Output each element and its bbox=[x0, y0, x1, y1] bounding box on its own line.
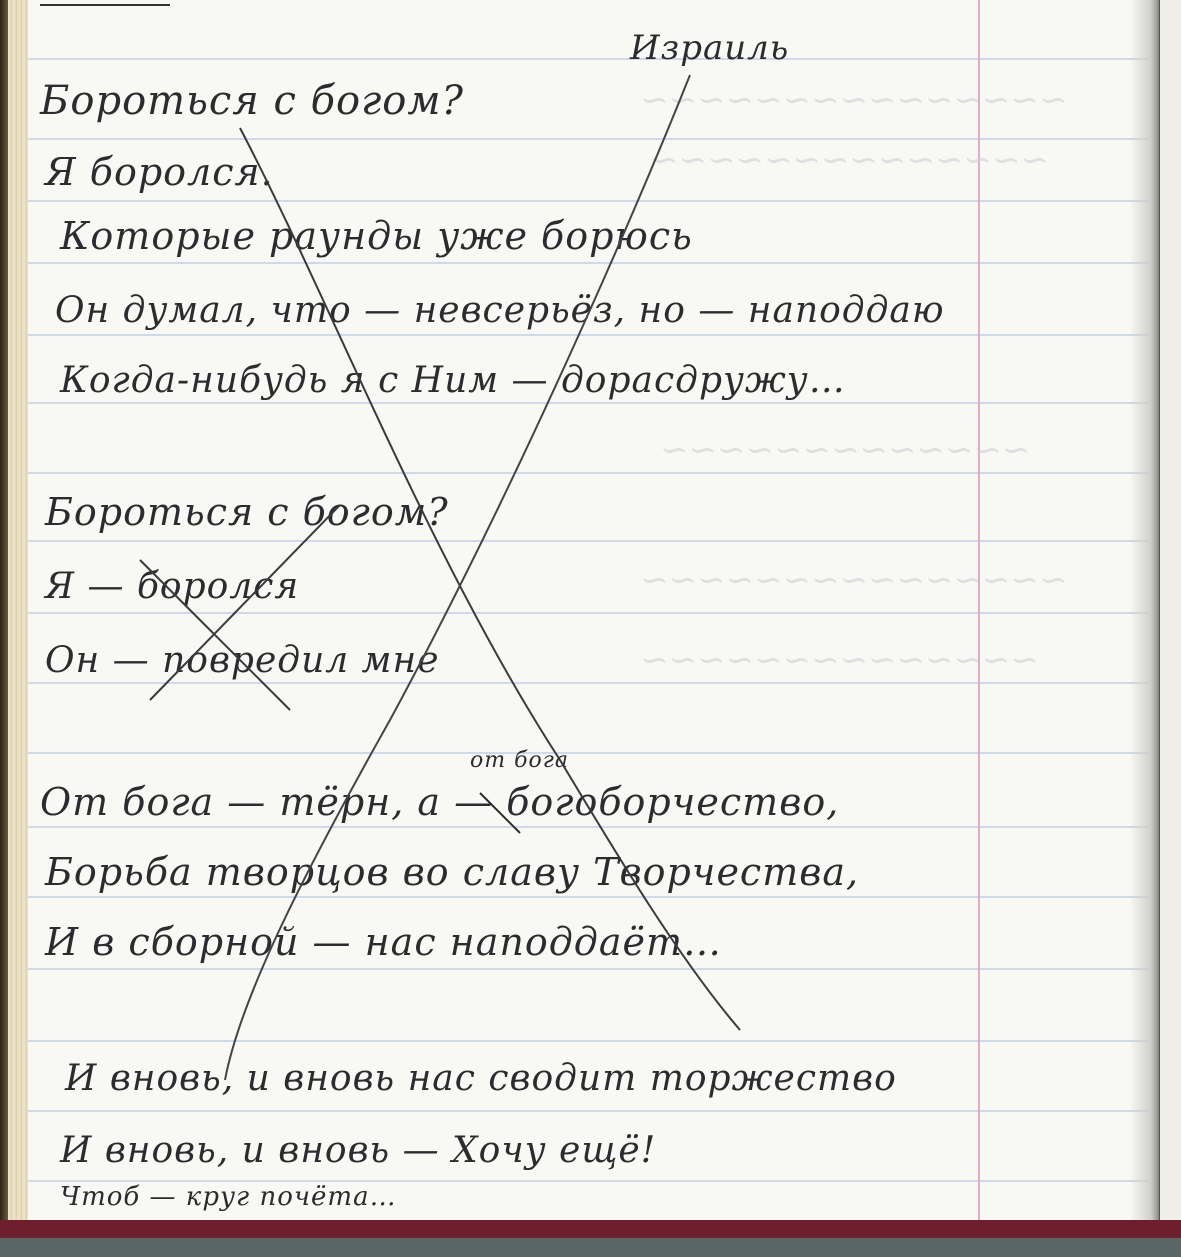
page-gutter-shadow bbox=[1130, 0, 1160, 1220]
adjacent-page-edge bbox=[1160, 0, 1181, 1220]
notebook-cover-edge bbox=[0, 1220, 1181, 1238]
cross-out-stroke-1 bbox=[240, 128, 740, 1030]
struck-stanza-stroke-2 bbox=[150, 505, 340, 700]
cross-out-strokes bbox=[0, 0, 1181, 1257]
notebook-page: ~~~~~~~~~~~~~~~ ~~~~~~~~~~~~~~ ~~~~~~~~~… bbox=[0, 0, 1181, 1257]
scanner-background bbox=[0, 1238, 1181, 1257]
cross-out-stroke-2 bbox=[225, 75, 690, 1080]
word-strike bbox=[480, 793, 520, 833]
